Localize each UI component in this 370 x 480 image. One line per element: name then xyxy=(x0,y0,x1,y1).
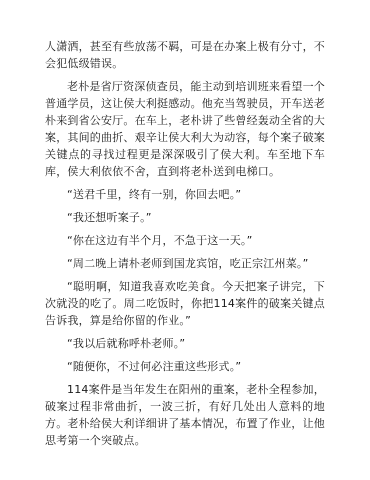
paragraph: 人潇洒，甚至有些放荡不羁，可是在办案上极有分寸，不会犯低级错误。 xyxy=(45,38,325,72)
paragraph: 老朴是省厅资深侦查员，能主动到培训班来看望一个普通学员，这让侯大利挺感动。他充当… xyxy=(45,78,325,180)
dialogue-line: “送君千里，终有一别，你回去吧。” xyxy=(45,186,325,203)
dialogue-line: “聪明啊，知道我喜欢吃美食。今天把案子讲完，下次就没的吃了。周二吃饭时，你把11… xyxy=(45,278,325,329)
dialogue-line: “我还想听案子。” xyxy=(45,209,325,226)
dialogue-line: “周二晚上请朴老师到国龙宾馆，吃正宗江州菜。” xyxy=(45,255,325,272)
paragraph: 114案件是当年发生在阳州的重案，老朴全程参加，破案过程非常曲折，一波三折，有好… xyxy=(45,381,325,449)
dialogue-line: “你在这边有半个月，不急于这一天。” xyxy=(45,232,325,249)
document-page: 人潇洒，甚至有些放荡不羁，可是在办案上极有分寸，不会犯低级错误。 老朴是省厅资深… xyxy=(45,38,325,455)
dialogue-line: “随便你，不过何必注重这些形式。” xyxy=(45,358,325,375)
dialogue-line: “我以后就称呼朴老师。” xyxy=(45,335,325,352)
